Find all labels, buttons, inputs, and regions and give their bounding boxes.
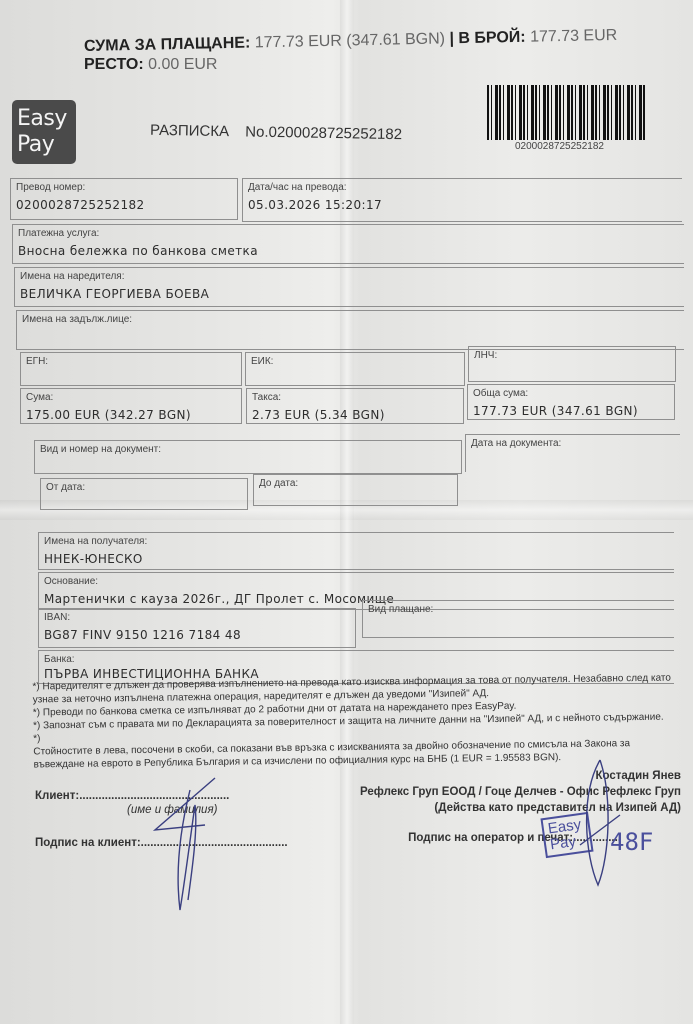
field-label: Платежна услуга: xyxy=(18,228,679,239)
stamp-line-2: Pay xyxy=(549,832,587,853)
field-label: ЕГН: xyxy=(26,356,236,367)
field-value: 2.73 EUR (5.34 BGN) xyxy=(252,408,458,422)
barcode xyxy=(487,85,645,140)
field-egn: ЕГН: xyxy=(20,352,242,386)
field-document-type: Вид и номер на документ: xyxy=(34,440,462,474)
field-value: ВЕЛИЧКА ГЕОРГИЕВА БОЕВА xyxy=(20,287,679,301)
field-label: Имена на наредителя: xyxy=(20,271,679,282)
receipt-number: No.0200028725252182 xyxy=(245,123,402,143)
amount-value: 177.73 EUR (347.61 BGN) xyxy=(255,30,446,51)
field-label: Основание: xyxy=(44,576,669,587)
field-fee: Такса: 2.73 EUR (5.34 BGN) xyxy=(246,388,464,424)
cash-label: В БРОЙ: xyxy=(458,29,526,47)
field-value: BG87 FINV 9150 1216 7184 48 xyxy=(44,628,350,642)
field-lnch: ЛНЧ: xyxy=(468,346,676,382)
field-from-date: От дата: xyxy=(40,478,248,510)
field-label: От дата: xyxy=(46,482,242,493)
change-value: 0.00 EUR xyxy=(148,56,217,73)
client-name-line: Клиент:.................................… xyxy=(35,790,229,802)
field-value: 05.03.2026 15:20:17 xyxy=(248,198,677,212)
amount-label: СУМА ЗА ПЛАЩАНЕ: xyxy=(84,35,251,55)
change-label: РЕСТО: xyxy=(84,56,144,73)
field-transfer-number: Превод номер: 0200028725252182 xyxy=(10,178,238,220)
field-label: Вид плащане: xyxy=(368,604,669,615)
field-label: Такса: xyxy=(252,392,458,403)
field-label: Вид и номер на документ: xyxy=(40,444,456,455)
field-label: Превод номер: xyxy=(16,182,232,193)
field-transfer-datetime: Дата/час на превода: 05.03.2026 15:20:17 xyxy=(242,178,682,222)
field-payment-service: Платежна услуга: Вносна бележка по банко… xyxy=(12,224,684,264)
barcode-number: 0200028725252182 xyxy=(515,141,604,152)
field-label: ЕИК: xyxy=(251,356,459,367)
receipt-title: РАЗПИСКА No.0200028725252182 xyxy=(150,122,402,143)
field-label: Дата на документа: xyxy=(471,438,675,449)
field-label: Дата/час на превода: xyxy=(248,182,677,193)
field-document-date: Дата на документа: xyxy=(465,434,680,472)
field-label: Сума: xyxy=(26,392,236,403)
field-recipient-name: Имена на получателя: ННЕК-ЮНЕСКО xyxy=(38,532,674,570)
field-label: Имена на получателя: xyxy=(44,536,669,547)
field-payer-name: Имена на наредителя: ВЕЛИЧКА ГЕОРГИЕВА Б… xyxy=(14,267,684,307)
stamp-code: 48F xyxy=(610,828,653,856)
logo-line-1: Easy xyxy=(17,106,76,132)
field-obligor-name: Имена на задълж.лице: xyxy=(16,310,684,350)
field-payment-type: Вид плащане: xyxy=(362,600,674,638)
client-signature-line: Подпис на клиент:.......................… xyxy=(35,837,288,849)
field-value: ННЕК-ЮНЕСКО xyxy=(44,552,669,566)
payment-summary: СУМА ЗА ПЛАЩАНЕ: 177.73 EUR (347.61 BGN)… xyxy=(84,38,617,74)
separator: | xyxy=(449,30,454,47)
field-value: 177.73 EUR (347.61 BGN) xyxy=(473,404,669,418)
field-amount: Сума: 175.00 EUR (342.27 BGN) xyxy=(20,388,242,424)
cash-value: 177.73 EUR xyxy=(530,27,618,46)
field-value: 0200028725252182 xyxy=(16,198,232,212)
field-label: Банка: xyxy=(44,654,669,665)
easypay-logo: Easy Pay xyxy=(12,100,76,164)
field-label: Имена на задълж.лице: xyxy=(22,314,679,325)
field-total: Обща сума: 177.73 EUR (347.61 BGN) xyxy=(467,384,675,420)
field-value: 175.00 EUR (342.27 BGN) xyxy=(26,408,236,422)
field-label: До дата: xyxy=(259,478,452,489)
operator-name: Костадин Янев xyxy=(360,768,681,784)
paper-fold-vertical xyxy=(340,0,354,1024)
field-iban: IBAN: BG87 FINV 9150 1216 7184 48 xyxy=(38,608,356,648)
field-to-date: До дата: xyxy=(253,474,458,506)
client-signature-block: Клиент:.................................… xyxy=(35,790,288,849)
logo-line-2: Pay xyxy=(17,132,76,158)
field-label: IBAN: xyxy=(44,612,350,623)
field-eik: ЕИК: xyxy=(245,352,465,386)
field-label: Обща сума: xyxy=(473,388,669,399)
field-value: Вносна бележка по банкова сметка xyxy=(18,244,679,258)
legal-notes: *) Наредителят е длъжен да проверява изп… xyxy=(32,672,673,772)
client-name-hint: (име и фамилия) xyxy=(127,804,288,816)
field-label: ЛНЧ: xyxy=(474,350,670,361)
operator-role: (Действа като представител на Изипей АД) xyxy=(360,800,681,816)
easypay-stamp: Easy Pay xyxy=(540,812,593,858)
receipt-title-text: РАЗПИСКА xyxy=(150,122,229,140)
operator-company: Рефлекс Груп ЕООД / Гоце Делчев - Офис Р… xyxy=(360,784,681,800)
